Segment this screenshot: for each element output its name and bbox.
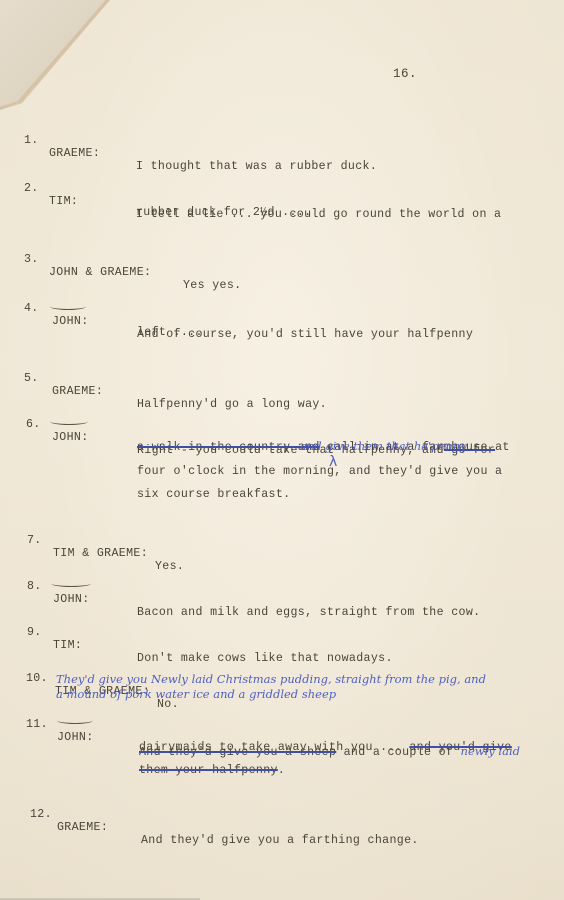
pen-underline-mark bbox=[50, 418, 88, 425]
line-number: 10. bbox=[26, 672, 48, 685]
dialogue-text: Bacon and milk and eggs, straight from t… bbox=[137, 606, 480, 619]
pen-underline-mark bbox=[50, 303, 86, 310]
dialogue-text: I thought that was a rubber duck. bbox=[136, 160, 377, 173]
speaker-name: TIM: bbox=[53, 639, 82, 652]
struck-text: and you'd give bbox=[409, 741, 511, 754]
speaker-name: JOHN: bbox=[53, 593, 90, 606]
speaker-name: JOHN: bbox=[52, 315, 89, 328]
typed-text: dairymaids to take away with you ... bbox=[139, 741, 409, 754]
pen-tick-underline-mark bbox=[51, 580, 91, 587]
typed-text: . bbox=[278, 764, 285, 777]
script-line-4-cont: left .... bbox=[0, 313, 29, 352]
script-page: 16. 1. GRAEME: I thought that was a rubb… bbox=[0, 0, 564, 900]
dialogue-text: four o'clock in the morning, and they'd … bbox=[137, 465, 502, 478]
line-number: 8. bbox=[27, 580, 42, 593]
dialogue-text: Halfpenny'd go a long way. bbox=[137, 398, 327, 411]
script-line-2-cont: rubber duck for 2½d .... bbox=[0, 193, 29, 232]
struck-text: them your halfpenny bbox=[139, 764, 278, 777]
speaker-name: JOHN: bbox=[52, 431, 89, 444]
dialogue-text: rubber duck for 2½d .... bbox=[136, 206, 311, 219]
speaker-name: GRAEME: bbox=[57, 821, 108, 834]
line-number: 12. bbox=[30, 808, 52, 821]
script-line-6-cont3: six course breakfast. bbox=[0, 475, 29, 514]
script-line-12: 12. GRAEME: And they'd give you a farthi… bbox=[0, 795, 29, 860]
handwritten-insertion-line-1: They'd give you Newly laid Christmas pud… bbox=[56, 672, 486, 686]
line-number: 5. bbox=[24, 372, 39, 385]
speaker-name: TIM: bbox=[49, 195, 78, 208]
dialogue-text: Yes. bbox=[155, 560, 184, 573]
dialogue-text: left .... bbox=[137, 326, 203, 339]
page-number: 16. bbox=[393, 67, 417, 81]
handwritten-insertion: and give them that ha'penny bbox=[300, 439, 467, 453]
dialogue-text: them your halfpenny. bbox=[139, 764, 285, 777]
line-number: 9. bbox=[27, 626, 42, 639]
line-number: 7. bbox=[27, 534, 42, 547]
dialogue-text: dairymaids to take away with you ... and… bbox=[139, 741, 512, 754]
dialogue-text: Don't make cows like that nowadays. bbox=[137, 652, 393, 665]
speaker-name: GRAEME: bbox=[49, 147, 100, 160]
dialogue-text: Yes yes. bbox=[183, 279, 241, 292]
line-number: 11. bbox=[26, 718, 48, 731]
speaker-name: TIM & GRAEME: bbox=[53, 547, 148, 560]
speaker-name: GRAEME: bbox=[52, 385, 103, 398]
dialogue-text: And they'd give you a farthing change. bbox=[141, 834, 419, 847]
handwritten-insertion-line-2: a mound of pork water ice and a griddled… bbox=[56, 687, 336, 701]
line-number: 3. bbox=[24, 253, 39, 266]
speaker-name: JOHN: bbox=[57, 731, 94, 744]
dialogue-text: six course breakfast. bbox=[137, 488, 290, 501]
struck-text: a walk in the country and bbox=[137, 441, 320, 454]
line-number: 1. bbox=[24, 134, 39, 147]
script-line-11-cont2: them your halfpenny. bbox=[0, 751, 29, 790]
speaker-name: JOHN & GRAEME: bbox=[49, 266, 151, 279]
pen-underline-mark bbox=[57, 717, 93, 724]
